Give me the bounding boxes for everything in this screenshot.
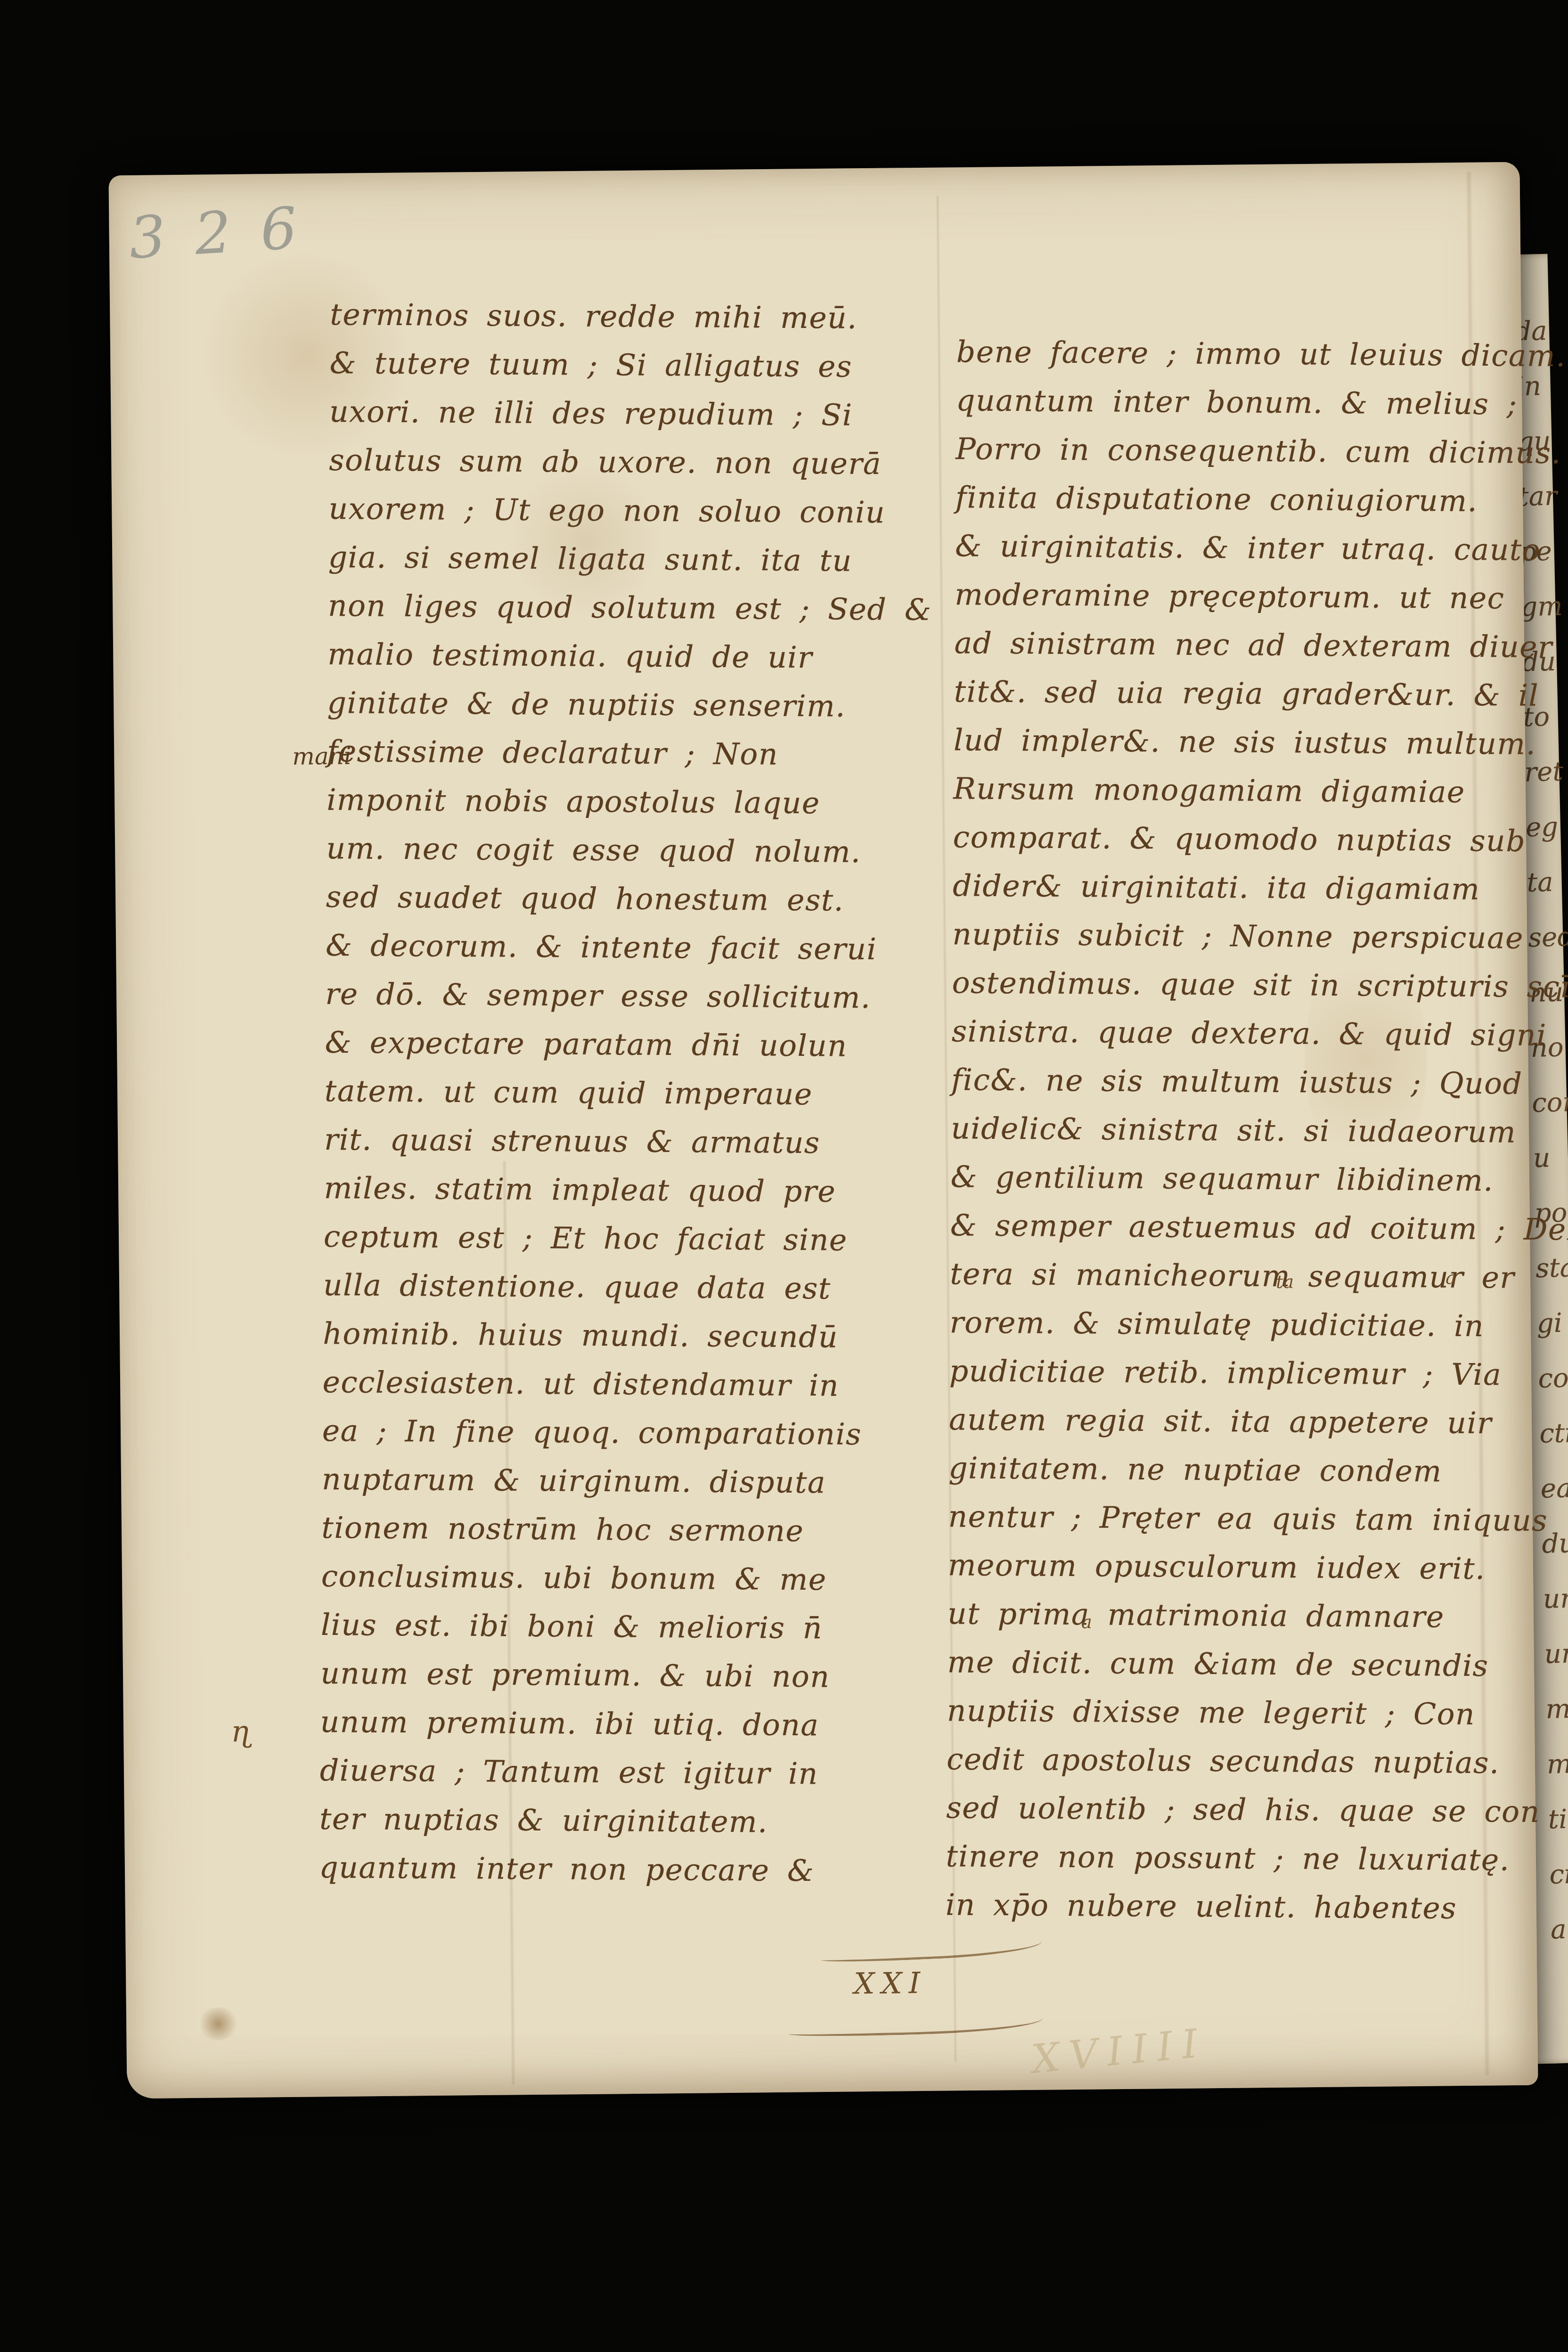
quire-flourish-top <box>820 1941 1042 1964</box>
text-line: nuptiis dixisse me legerit ; Con <box>947 1686 1568 1739</box>
text-line: & expectare paratam dn̄i uolun <box>325 1018 952 1071</box>
margin-nota: ɳ <box>231 1714 252 1748</box>
text-line: & decorum. & intente facit serui <box>326 921 953 974</box>
text-line: ostendimus. quae sit in scripturis scīs <box>952 958 1568 1012</box>
text-line: fic&. ne sis multum iustus ; Quod <box>951 1055 1568 1109</box>
parchment-stain <box>197 2007 240 2041</box>
text-line: nuptiis subicit ; Nonne perspicuae <box>952 910 1568 963</box>
text-line: tera si manicheorum sequamur er <box>950 1249 1568 1303</box>
photo-backdrop: { "page": { "folio_number": "326", "quir… <box>0 0 1568 2352</box>
text-line: meorum opusculorum iudex erit. <box>948 1541 1568 1594</box>
text-line: unum premium. ibi utiq. dona <box>320 1698 947 1750</box>
text-line: tit&. sed uia regia grader&ur. & il <box>954 667 1568 720</box>
text-line: ginitatem. ne nuptiae condem <box>948 1444 1568 1497</box>
text-line: ut prima matrimonia damnare <box>947 1589 1568 1642</box>
text-line: & tutere tuum ; Si alligatus es <box>329 339 956 392</box>
text-line: cedit apostolus secundas nuptias. <box>947 1735 1568 1788</box>
text-line: nuptarum & uirginum. disputa <box>322 1455 949 1508</box>
quire-signature: XXI <box>854 1964 1080 2001</box>
text-line: rit. quasi strenuus & armatus <box>324 1115 951 1168</box>
interlinear-addition: a <box>1081 1612 1092 1633</box>
text-column-right: bene facere ; immo ut leuius dicam.quant… <box>946 294 1568 1933</box>
text-line: tionem nostrūm hoc sermone <box>321 1503 948 1556</box>
text-line: in xp̄o nubere uelint. habentes <box>946 1880 1568 1934</box>
interlinear-addition: a <box>1445 1267 1456 1288</box>
text-line: sinistra. quae dextera. & quid signi <box>952 1007 1568 1060</box>
text-line: conclusimus. ubi bonum & me <box>321 1552 948 1605</box>
text-line: tinere non possunt ; ne luxuriatę. <box>946 1832 1568 1885</box>
text-line: pudicitiae retib. implicemur ; Via <box>949 1347 1568 1400</box>
text-line: ter nuptias & uirginitatem. <box>319 1795 947 1847</box>
text-line: quantum inter bonum. & melius ; <box>956 376 1568 429</box>
text-line: uidelic& sinistra sit. si iudaeorum <box>951 1104 1568 1157</box>
text-line: Porro in consequentib. cum dicimus. <box>955 425 1568 478</box>
text-line: ea ; In fine quoq. comparationis <box>322 1406 949 1459</box>
text-line: nentur ; Pręter ea quis tam iniquus <box>948 1492 1568 1545</box>
text-line: tatem. ut cum quid imperaue <box>325 1067 952 1119</box>
manuscript-page: 326 mani ɳ terminos suos. redde mihi meū… <box>108 162 1538 2099</box>
quire-signature-group: XXI <box>788 1945 1081 2036</box>
text-line: hominib. huius mundi. secundū <box>323 1309 950 1362</box>
text-line: non liges quod solutum est ; Sed & <box>328 581 955 634</box>
text-line: uxori. ne illi des repudium ; Si <box>329 387 956 440</box>
quire-flourish-bottom <box>788 2018 1043 2038</box>
text-line: ulla distentione. quae data est <box>323 1261 950 1314</box>
text-line: sed suadet quod honestum est. <box>326 873 953 925</box>
text-line: & gentilium sequamur libidinem. <box>950 1152 1568 1206</box>
text-line: & semper aestuemus ad coitum ; Dex <box>950 1201 1568 1254</box>
folio-number: 326 <box>127 193 328 272</box>
text-line: dider& uirginitati. ita digamiam <box>953 861 1568 915</box>
text-line: & uirginitatis. & inter utraq. cauto <box>955 522 1568 575</box>
text-line: ad sinistram nec ad dexteram diuer <box>954 619 1568 672</box>
text-line: imponit nobis apostolus laque <box>327 776 954 828</box>
interlinear-addition: ta <box>1276 1271 1294 1292</box>
text-line: re dō. & semper esse sollicitum. <box>325 970 952 1022</box>
text-line: lud impler&. ne sis iustus multum. <box>954 716 1568 769</box>
text-line: miles. statim impleat quod pre <box>324 1164 951 1217</box>
text-column-left: terminos suos. redde mihi meū.& tutere t… <box>319 290 957 1929</box>
text-line: comparat. & quomodo nuptias sub <box>953 813 1568 866</box>
text-line: ecclesiasten. ut distendamur in <box>322 1358 949 1411</box>
text-line: rorem. & simulatę pudicitiae. in <box>949 1298 1568 1351</box>
text-line: ceptum est ; Et hoc faciat sine <box>323 1212 950 1265</box>
text-line: finita disputatione coniugiorum. <box>955 473 1568 526</box>
text-line: gia. si semel ligata sunt. ita tu <box>328 533 955 586</box>
text-line: autem regia sit. ita appetere uir <box>949 1395 1568 1448</box>
text-line: malio testimonia. quid de uir <box>327 630 955 683</box>
text-line: unum est premium. & ubi non <box>320 1649 947 1702</box>
text-line: lius est. ibi boni & melioris n̄ <box>321 1601 948 1653</box>
text-line: Rursum monogamiam digamiae <box>953 764 1568 817</box>
text-line: moderamine pręceptorum. ut nec <box>955 570 1568 623</box>
text-line: diuersa ; Tantum est igitur in <box>320 1746 947 1799</box>
text-line: sed uolentib ; sed his. quae se con <box>946 1783 1568 1837</box>
text-block: terminos suos. redde mihi meū.& tutere t… <box>319 290 1568 1934</box>
text-line: solutus sum ab uxore. non querā <box>329 436 956 489</box>
text-line: bene facere ; immo ut leuius dicam. <box>956 327 1568 381</box>
text-line: ginitate & de nuptiis senserim. <box>327 678 954 731</box>
text-line: quantum inter non peccare & <box>319 1843 946 1896</box>
text-line: me dicit. cum &iam de secundis <box>947 1638 1568 1691</box>
text-line: terminos suos. redde mihi meū. <box>330 290 957 343</box>
text-line: uxorem ; Ut ego non soluo coniu <box>328 484 955 537</box>
text-line: festissime declaratur ; Non <box>327 727 954 780</box>
text-line: um. nec cogit esse quod nolum. <box>326 824 953 877</box>
